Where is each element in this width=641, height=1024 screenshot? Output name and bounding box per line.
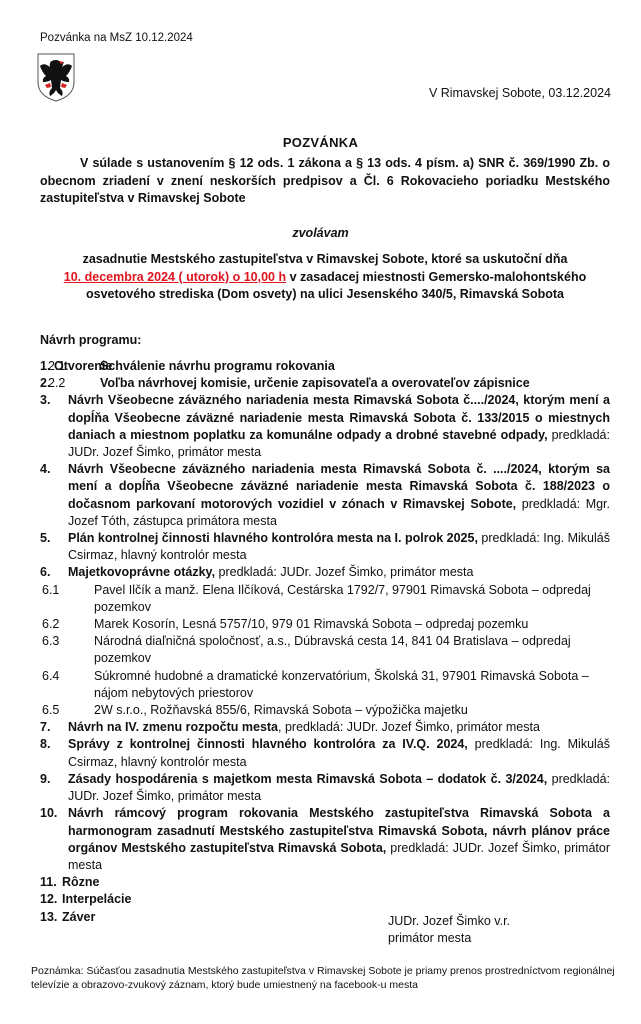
- program-item-number: 11.: [40, 874, 57, 891]
- signatory-name: JUDr. Jozef Šimko v.r.: [388, 913, 510, 930]
- program-subitem: 6.1Pavel Ilčík a manž. Elena Ilčíková, C…: [56, 582, 610, 616]
- program-item-title: Správy z kontrolnej činnosti hlavného ko…: [68, 737, 468, 751]
- program-item-number: 3.: [40, 392, 50, 409]
- program-item-title: Návrh na IV. zmenu rozpočtu mesta: [68, 720, 278, 734]
- program-item: 12.Interpelácie: [40, 891, 610, 908]
- program-item: 13.Záver: [40, 909, 610, 926]
- program-item-number: 4.: [40, 461, 50, 478]
- legal-basis-paragraph: V súlade s ustanovením § 12 ods. 1 zákon…: [40, 155, 610, 208]
- program-item: 11.Rôzne: [40, 874, 610, 891]
- program-item: 5.Plán kontrolnej činnosti hlavného kont…: [40, 530, 610, 564]
- program-item: 10.Návrh rámcový program rokovania Mests…: [40, 805, 610, 874]
- program-subitem: 6.3Národná diaľničná spoločnosť, a.s., D…: [56, 633, 610, 667]
- program-item: 9.Zásady hospodárenia s majetkom mesta R…: [40, 771, 610, 805]
- program-item-title: Majetkovoprávne otázky,: [68, 565, 215, 579]
- signature-block: JUDr. Jozef Šimko v.r. primátor mesta: [388, 913, 510, 947]
- program-item: 7.Návrh na IV. zmenu rozpočtu mesta, pre…: [40, 719, 610, 736]
- program-subitem: 2.2Voľba návrhovej komisie, určenie zapi…: [62, 375, 610, 392]
- program-item-title: Návrh Všeobecne záväzného nariadenia mes…: [68, 393, 610, 441]
- program-item-number: 5.: [40, 530, 50, 547]
- program-item-number: 9.: [40, 771, 50, 788]
- program-item: 6.Majetkovoprávne otázky, predkladá: JUD…: [40, 564, 610, 581]
- program-item: 4.Návrh Všeobecne záväzného nariadenia m…: [40, 461, 610, 530]
- footnote: Poznámka: Súčasťou zasadnutia Mestského …: [31, 964, 621, 992]
- meeting-details: zasadnutie Mestského zastupiteľstva v Ri…: [60, 251, 590, 304]
- program-item-title: Zásady hospodárenia s majetkom mesta Rim…: [68, 772, 547, 786]
- program-item-number: 7.: [40, 719, 50, 736]
- signatory-role: primátor mesta: [388, 930, 510, 947]
- program-subitem: 6.52W s.r.o., Rožňavská 855/6, Rimavská …: [56, 702, 610, 719]
- program-heading: Návrh programu:: [40, 333, 141, 347]
- place-and-date: V Rimavskej Sobote, 03.12.2024: [429, 86, 611, 100]
- program-item-presenter: , predkladá: JUDr. Jozef Šimko, primátor…: [278, 720, 540, 734]
- program-item: 3.Návrh Všeobecne záväzného nariadenia m…: [40, 392, 610, 461]
- program-item-number: 8.: [40, 736, 50, 753]
- document-title: POZVÁNKA: [0, 135, 641, 150]
- program-subitem: 2.1Schválenie návrhu programu rokovania: [62, 358, 610, 375]
- program-item-title: Interpelácie: [62, 892, 131, 906]
- program-list: 1.Otvorenie2.2.1Schválenie návrhu progra…: [40, 358, 610, 926]
- program-item: 8.Správy z kontrolnej činnosti hlavného …: [40, 736, 610, 770]
- document-reference: Pozvánka na MsZ 10.12.2024: [40, 32, 193, 44]
- program-item-title: Záver: [62, 910, 95, 924]
- program-item-number: 6.: [40, 564, 50, 581]
- program-subitem: 6.4Súkromné hudobné a dramatické konzerv…: [56, 668, 610, 702]
- coat-of-arms-eagle-icon: [36, 52, 76, 102]
- program-item-presenter: predkladá: JUDr. Jozef Šimko, primátor m…: [215, 565, 473, 579]
- program-item-number: 13.: [40, 909, 57, 926]
- program-item-title: Plán kontrolnej činnosti hlavného kontro…: [68, 531, 478, 545]
- program-item-number: 12.: [40, 891, 57, 908]
- program-subitem: 6.2Marek Kosorín, Lesná 5757/10, 979 01 …: [56, 616, 610, 633]
- program-item-title: Rôzne: [62, 875, 100, 889]
- program-item-number: 10.: [40, 805, 57, 822]
- convene-word: zvolávam: [0, 226, 641, 240]
- meeting-date-time: 10. decembra 2024 ( utorok) o 10,00 h: [64, 270, 286, 284]
